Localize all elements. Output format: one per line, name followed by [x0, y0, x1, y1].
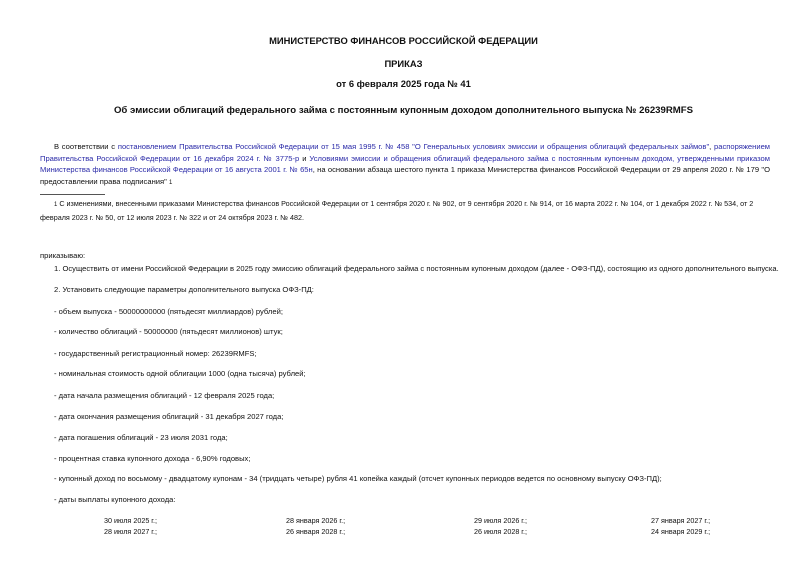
parameter-item: - количество облигаций - 50000000 (пятьд…	[54, 327, 283, 336]
preamble-text-3: и	[299, 154, 309, 163]
preamble-paragraph: В соответствии с постановлением Правител…	[40, 141, 770, 189]
coupon-date: 29 июля 2026 г.;	[474, 516, 527, 525]
parameter-item: - даты выплаты купонного дохода:	[54, 495, 176, 504]
parameter-item: - процентная ставка купонного дохода - 6…	[54, 454, 250, 463]
parameter-item: - объем выпуска - 50000000000 (пятьдесят…	[54, 307, 283, 316]
footnote-text: С изменениями, внесенными приказами Мини…	[40, 199, 753, 222]
link-decree-458[interactable]: постановлением Правительства Российской …	[118, 142, 709, 151]
document-type: ПРИКАЗ	[0, 58, 807, 69]
coupon-date: 24 января 2029 г.;	[651, 527, 710, 536]
parameter-item: - государственный регистрационный номер:…	[54, 349, 257, 358]
document-subject: Об эмиссии облигаций федерального займа …	[0, 105, 807, 116]
ministry-heading: МИНИСТЕРСТВО ФИНАНСОВ РОССИЙСКОЙ ФЕДЕРАЦ…	[0, 35, 807, 46]
parameter-item: - купонный доход по восьмому - двадцатом…	[54, 474, 662, 483]
footnote-reference[interactable]: 1	[169, 180, 172, 186]
coupon-date: 26 июля 2028 г.;	[474, 527, 527, 536]
document-page: МИНИСТЕРСТВО ФИНАНСОВ РОССИЙСКОЙ ФЕДЕРАЦ…	[0, 0, 807, 571]
coupon-date: 27 января 2027 г.;	[651, 516, 710, 525]
order-clause: 1. Осуществить от имени Российской Федер…	[54, 264, 779, 273]
prikazyvayu-label: приказываю:	[40, 251, 85, 260]
coupon-date: 30 июля 2025 г.;	[104, 516, 157, 525]
order-clause: 2. Установить следующие параметры дополн…	[54, 285, 314, 294]
footnote: 1 С изменениями, внесенными приказами Ми…	[40, 198, 770, 224]
parameter-item: - номинальная стоимость одной облигации …	[54, 369, 306, 378]
parameter-item: - дата начала размещения облигаций - 12 …	[54, 391, 274, 400]
coupon-date: 26 января 2028 г.;	[286, 527, 345, 536]
parameter-item: - дата окончания размещения облигаций - …	[54, 412, 283, 421]
footnote-divider	[40, 194, 105, 195]
coupon-date: 28 января 2026 г.;	[286, 516, 345, 525]
parameter-item: - дата погашения облигаций - 23 июля 203…	[54, 433, 228, 442]
document-date-number: от 6 февраля 2025 года № 41	[0, 78, 807, 89]
preamble-text-1: В соответствии с	[54, 142, 118, 151]
coupon-date: 28 июля 2027 г.;	[104, 527, 157, 536]
